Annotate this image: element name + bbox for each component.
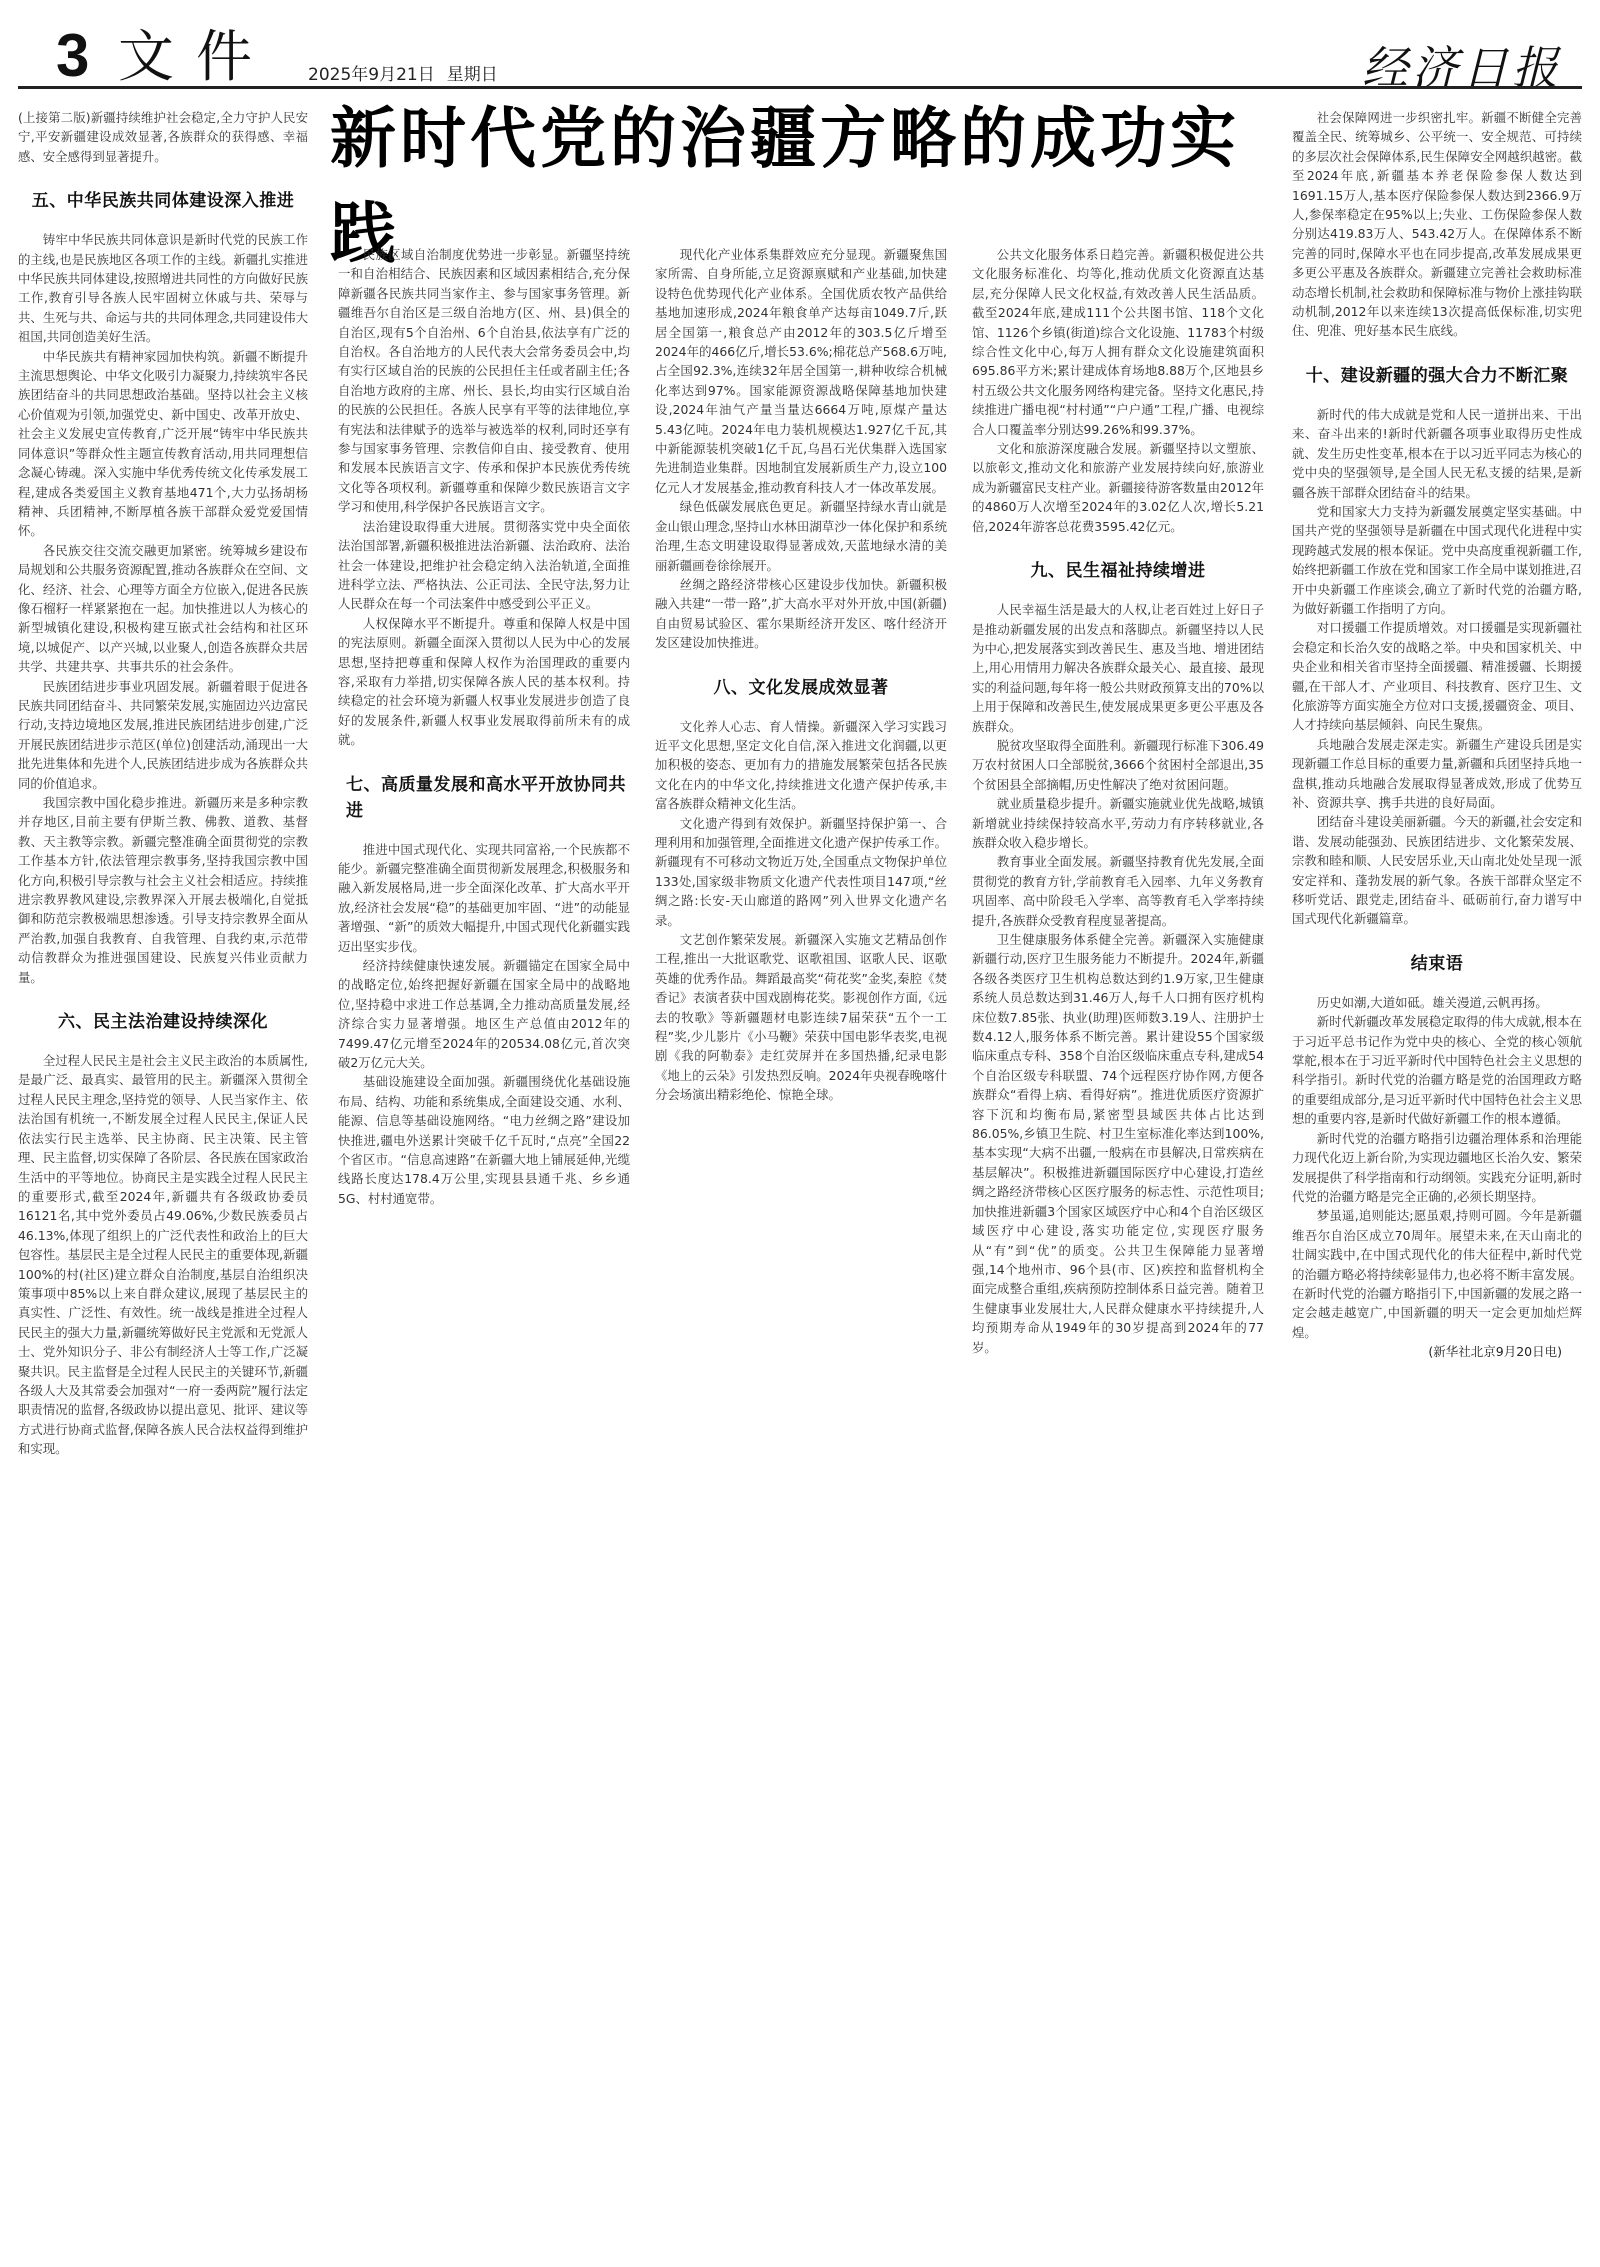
paragraph: 基础设施建设全面加强。新疆围绕优化基础设施布局、结构、功能和系统集成,全面建设交… — [338, 1072, 630, 1208]
paragraph: 民族区域自治制度优势进一步彰显。新疆坚持统一和自治相结合、民族因素和区域因素相结… — [338, 245, 630, 517]
paragraph: 教育事业全面发展。新疆坚持教育优先发展,全面贯彻党的教育方针,学前教育毛入园率、… — [972, 852, 1264, 930]
paragraph: 社会保障网进一步织密扎牢。新疆不断健全完善覆盖全民、统筹城乡、公平统一、安全规范… — [1292, 108, 1582, 341]
page-section-label: 文件 — [118, 28, 274, 88]
column-2: 民族区域自治制度优势进一步彰显。新疆坚持统一和自治相结合、民族因素和区域因素相结… — [338, 245, 630, 1208]
paragraph: 新时代的伟大成就是党和人民一道拼出来、干出来、奋斗出来的!新时代新疆各项事业取得… — [1292, 405, 1582, 502]
section-heading-7: 七、高质量发展和高水平开放协同共进 — [338, 772, 630, 824]
paragraph: 对口援疆工作提质增效。对口援疆是实现新疆社会稳定和长治久安的战略之举。中央和国家… — [1292, 618, 1582, 734]
paragraph: 梦虽遥,追则能达;愿虽艰,持则可圆。今年是新疆维吾尔自治区成立70周年。展望未来… — [1292, 1206, 1582, 1342]
paragraph: 经济持续健康快速发展。新疆锚定在国家全局中的战略定位,始终把握好新疆在国家全局中… — [338, 956, 630, 1072]
column-4: 公共文化服务体系日趋完善。新疆积极促进公共文化服务标准化、均等化,推动优质文化资… — [972, 245, 1264, 1357]
paragraph: 新时代党的治疆方略指引边疆治理体系和治理能力现代化迈上新台阶,为实现边疆地区长治… — [1292, 1129, 1582, 1207]
paragraph: 公共文化服务体系日趋完善。新疆积极促进公共文化服务标准化、均等化,推动优质文化资… — [972, 245, 1264, 439]
paragraph: 党和国家大力支持为新疆发展奠定坚实基础。中国共产党的坚强领导是新疆在中国式现代化… — [1292, 502, 1582, 618]
section-heading-conclusion: 结束语 — [1292, 951, 1582, 977]
issue-date: 2025年9月21日星期日 — [308, 60, 498, 85]
paragraph: 文化养人心志、育人情操。新疆深入学习实践习近平文化思想,坚定文化自信,深入推进文… — [655, 717, 947, 814]
paragraph: 中华民族共有精神家园加快构筑。新疆不断提升主流思想舆论、中华文化吸引力凝聚力,持… — [18, 347, 308, 541]
paragraph: 新时代新疆改革发展稳定取得的伟大成就,根本在于习近平总书记作为党中央的核心、全党… — [1292, 1012, 1582, 1128]
masthead: 3 文件 2025年9月21日星期日 经济日报 — [18, 20, 1582, 88]
paragraph: 文化遗产得到有效保护。新疆坚持保护第一、合理利用和加强管理,全面推进文化遗产保护… — [655, 814, 947, 930]
paragraph: 团结奋斗建设美丽新疆。今天的新疆,社会安定和谐、发展动能强劲、民族团结进步、文化… — [1292, 812, 1582, 928]
section-heading-8: 八、文化发展成效显著 — [655, 675, 947, 701]
byline: (新华社北京9月20日电) — [1292, 1342, 1582, 1361]
paragraph: 铸牢中华民族共同体意识是新时代党的民族工作的主线,也是民族地区各项工作的主线。新… — [18, 230, 308, 346]
column-3: 现代化产业体系集群效应充分显现。新疆聚焦国家所需、自身所能,立足资源禀赋和产业基… — [655, 245, 947, 1105]
paragraph: 法治建设取得重大进展。贯彻落实党中央全面依法治国部署,新疆积极推进法治新疆、法治… — [338, 517, 630, 614]
section-heading-10: 十、建设新疆的强大合力不断汇聚 — [1292, 363, 1582, 389]
section-heading-9: 九、民生福祉持续增进 — [972, 558, 1264, 584]
weekday-text: 星期日 — [447, 65, 498, 85]
paragraph: 历史如潮,大道如砥。雄关漫道,云帆再扬。 — [1292, 993, 1582, 1012]
column-5: 社会保障网进一步织密扎牢。新疆不断健全完善覆盖全民、统筹城乡、公平统一、安全规范… — [1292, 108, 1582, 1362]
paragraph: 现代化产业体系集群效应充分显现。新疆聚焦国家所需、自身所能,立足资源禀赋和产业基… — [655, 245, 947, 497]
paragraph: 脱贫攻坚取得全面胜利。新疆现行标准下306.49万农村贫困人口全部脱贫,3666… — [972, 736, 1264, 794]
headline-area: 新时代党的治疆方略的成功实践 — [330, 130, 1280, 230]
paragraph: 丝绸之路经济带核心区建设步伐加快。新疆积极融入共建“一带一路”,扩大高水平对外开… — [655, 575, 947, 653]
paragraph: 绿色低碳发展底色更足。新疆坚持绿水青山就是金山银山理念,坚持山水林田湖草沙一体化… — [655, 497, 947, 575]
continuation-intro: (上接第二版)新疆持续维护社会稳定,全力守护人民安宁,平安新疆建设成效显著,各族… — [18, 108, 308, 166]
date-text: 2025年9月21日 — [308, 65, 435, 85]
paragraph: 推进中国式现代化、实现共同富裕,一个民族都不能少。新疆完整准确全面贯彻新发展理念… — [338, 840, 630, 956]
paragraph: 人权保障水平不断提升。尊重和保障人权是中国的宪法原则。新疆全面深入贯彻以人民为中… — [338, 614, 630, 750]
paragraph: 全过程人民民主是社会主义民主政治的本质属性,是最广泛、最真实、最管用的民主。新疆… — [18, 1051, 308, 1459]
paragraph: 我国宗教中国化稳步推进。新疆历来是多种宗教并存地区,目前主要有伊斯兰教、佛教、道… — [18, 793, 308, 987]
paragraph: 兵地融合发展走深走实。新疆生产建设兵团是实现新疆工作总目标的重要力量,新疆和兵团… — [1292, 735, 1582, 813]
paragraph: 人民幸福生活是最大的人权,让老百姓过上好日子是推动新疆发展的出发点和落脚点。新疆… — [972, 600, 1264, 736]
paragraph: 各民族交往交流交融更加紧密。统筹城乡建设布局规划和公共服务资源配置,推动各族群众… — [18, 541, 308, 677]
paragraph: 就业质量稳步提升。新疆实施就业优先战略,城镇新增就业持续保持较高水平,劳动力有序… — [972, 794, 1264, 852]
paragraph: 卫生健康服务体系健全完善。新疆深入实施健康新疆行动,医疗卫生服务能力不断提升。2… — [972, 930, 1264, 1357]
section-heading-5: 五、中华民族共同体建设深入推进 — [18, 188, 308, 214]
column-1: (上接第二版)新疆持续维护社会稳定,全力守护人民安宁,平安新疆建设成效显著,各族… — [18, 108, 308, 1459]
paragraph: 文艺创作繁荣发展。新疆深入实施文艺精品创作工程,推出一大批讴歌党、讴歌祖国、讴歌… — [655, 930, 947, 1105]
page-number: 3 — [56, 26, 89, 86]
paragraph: 民族团结进步事业巩固发展。新疆着眼于促进各民族共同团结奋斗、共同繁荣发展,实施固… — [18, 677, 308, 793]
section-heading-6: 六、民主法治建设持续深化 — [18, 1009, 308, 1035]
paragraph: 文化和旅游深度融合发展。新疆坚持以文塑旅、以旅彰文,推动文化和旅游产业发展持续向… — [972, 439, 1264, 536]
